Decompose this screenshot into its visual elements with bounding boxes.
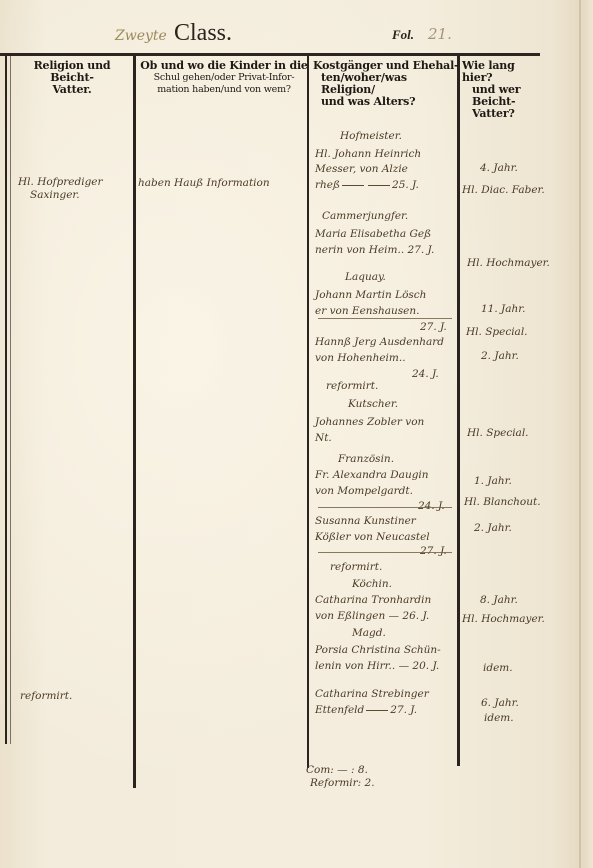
boarder-name: Johannes Zobler von bbox=[315, 416, 424, 429]
page-edge bbox=[584, 0, 593, 868]
duration-years: 2. Jahr. bbox=[474, 522, 512, 535]
class-handwritten-label: Zweyte bbox=[115, 28, 167, 44]
entry-underline bbox=[318, 507, 452, 508]
page-header: Zweyte Class. Fol. 21. bbox=[0, 18, 593, 54]
boarder-role: Laquay. bbox=[345, 271, 386, 284]
duration-confessor: Hl. Hochmayer. bbox=[467, 257, 550, 270]
folio-label: Fol. bbox=[392, 27, 414, 43]
column-line-left-inner bbox=[10, 56, 11, 744]
column-line-left-outer bbox=[5, 56, 7, 744]
religion-entry-reformed: reformirt. bbox=[20, 690, 72, 703]
column-line-2 bbox=[307, 56, 309, 768]
schooling-entry: haben Hauß Information bbox=[138, 177, 270, 190]
duration-years: 11. Jahr. bbox=[481, 303, 525, 316]
boarder-name: Hl. Johann Heinrich bbox=[315, 148, 421, 161]
boarder-role: Hofmeister. bbox=[340, 130, 402, 143]
boarder-name: Susanna Kunstiner bbox=[315, 515, 416, 528]
class-title: Class. bbox=[174, 20, 232, 47]
boarder-age: 24. J. bbox=[412, 368, 439, 381]
entry-underline bbox=[318, 318, 452, 319]
duration-years: 8. Jahr. bbox=[480, 594, 518, 607]
boarder-origin: lenin von Hirr.. — 20. J. bbox=[315, 660, 439, 673]
boarder-name: Maria Elisabetha Geß bbox=[315, 228, 431, 241]
entry-underline bbox=[318, 552, 452, 553]
duration-years: 4. Jahr. bbox=[480, 162, 518, 175]
duration-years: 6. Jahr. bbox=[481, 697, 519, 710]
boarder-origin: nerin von Heim.. 27. J. bbox=[315, 244, 434, 257]
boarder-name: Catharina Strebinger bbox=[315, 688, 429, 701]
duration-confessor: Hl. Diac. Faber. bbox=[462, 184, 545, 197]
boarder-origin: von Eßlingen — 26. J. bbox=[315, 610, 429, 623]
page-fold-line bbox=[579, 0, 581, 868]
boarder-origin: von Hohenheim.. bbox=[315, 352, 406, 365]
boarder-role: Kutscher. bbox=[348, 398, 398, 411]
duration-confessor: idem. bbox=[483, 662, 513, 675]
boarder-role: Französin. bbox=[338, 453, 394, 466]
boarder-origin: rheß25. J. bbox=[315, 179, 419, 192]
boarder-origin: von Mompelgardt. bbox=[315, 485, 413, 498]
duration-confessor: Hl. Special. bbox=[467, 427, 529, 440]
column-line-1 bbox=[133, 56, 136, 788]
summary-tally: Com: — : 8. Reformir: 2. bbox=[306, 764, 375, 790]
column-header-boarders: Kostgänger und Ehehal- ten/woher/was Rel… bbox=[313, 60, 459, 108]
boarder-origin: Nt. bbox=[315, 432, 332, 445]
boarder-origin: Messer, von Alzie bbox=[315, 163, 408, 176]
duration-years: 1. Jahr. bbox=[474, 475, 512, 488]
column-line-3 bbox=[457, 56, 460, 766]
boarder-name: Porsia Christina Schün- bbox=[315, 644, 441, 657]
religion-entry-confessor: Hl. Hofprediger Saxinger. bbox=[18, 176, 103, 202]
column-header-religion: Religion und Beicht- Vatter. bbox=[12, 60, 132, 96]
duration-years: 2. Jahr. bbox=[481, 350, 519, 363]
duration-confessor: Hl. Hochmayer. bbox=[462, 613, 545, 626]
boarder-name: Fr. Alexandra Daugin bbox=[315, 469, 429, 482]
boarder-religion-note: reformirt. bbox=[330, 561, 382, 574]
folio-number: 21. bbox=[428, 25, 452, 43]
boarder-role: Cammerjungfer. bbox=[322, 210, 408, 223]
boarder-religion-note: reformirt. bbox=[326, 380, 378, 393]
duration-confessor: idem. bbox=[484, 712, 514, 725]
boarder-origin: Kößler von Neucastel bbox=[315, 531, 430, 544]
column-header-schooling: Ob und wo die Kinder in die Schul gehen/… bbox=[140, 60, 308, 96]
boarder-name: Johann Martin Lösch bbox=[315, 289, 426, 302]
boarder-origin: er von Eenshausen. bbox=[315, 305, 419, 318]
column-header-duration: Wie lang hier? und wer Beicht- Vatter? bbox=[462, 60, 542, 120]
boarder-age: 27. J. bbox=[420, 321, 447, 334]
duration-confessor: Hl. Blanchout. bbox=[464, 496, 541, 509]
boarder-role: Magd. bbox=[352, 627, 386, 640]
boarder-role: Köchin. bbox=[352, 578, 392, 591]
boarder-origin: Ettenfeld27. J. bbox=[315, 704, 417, 717]
duration-confessor: Hl. Special. bbox=[466, 326, 528, 339]
ledger-page: Zweyte Class. Fol. 21. Religion und Beic… bbox=[0, 0, 593, 868]
boarder-name: Catharina Tronhardin bbox=[315, 594, 431, 607]
boarder-name: Hannß Jerg Ausdenhard bbox=[315, 336, 444, 349]
